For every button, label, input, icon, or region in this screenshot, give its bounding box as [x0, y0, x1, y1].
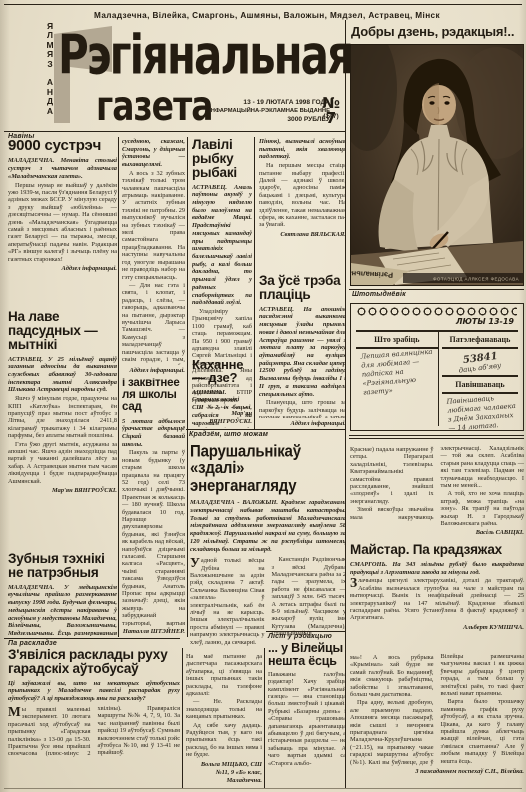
masthead-bottom-rule	[4, 131, 346, 132]
article-factory-thefts-signature: Альберт КУМІШЧА.	[350, 624, 524, 632]
article-where-is-love-lead-cont: Пінюк), вызначылі асноўныя пытанні, якія…	[259, 138, 346, 161]
article-customs-trial-body-2: Гэта ўжо другі мытнік, асуджаны за апошн…	[8, 441, 117, 485]
article-dental-technicians-start: Зубныя тэхнікі не патрэбныя МАЛАДЗЕЧНА. …	[8, 552, 117, 636]
article-vileyka-letter: ... у Вілейцы нешта ёсць Паважаны галоўн…	[268, 642, 346, 788]
masthead-subtitle: газета	[96, 85, 212, 126]
planner-call-column: Патэлефанаваць 53841 даць аб'яву Павінша…	[442, 332, 518, 426]
masthead-title: Рэгіянальная	[58, 28, 352, 83]
article-parking-fees-body: Плануецца, што грошы за паркоўку будуць …	[259, 399, 346, 418]
girl-writing-photo-illustration: Рэгіянальная газета ФОТАЭЦЮД АЛЯКСЕЯ ФЕД…	[351, 45, 523, 285]
weekly-section-rule	[349, 289, 524, 290]
column-divider-4	[182, 648, 183, 788]
article-bus-schedules-body-3: — Не. Расклады знаходзяцца толькі на кан…	[186, 698, 262, 720]
article-energy-theft-continuation: Краснае) падала напружанне ў сетцы. Пера…	[350, 445, 524, 540]
planner-double-rule-1	[349, 435, 524, 436]
bottom-rule	[4, 788, 522, 789]
article-where-is-love-signature: Святлана ВЯЛЬСКАЯ.	[259, 231, 346, 239]
article-bus-schedules-body-1: Мы правялі маленькі эксперымент. 10 люта…	[8, 705, 180, 758]
article-where-is-love-start: Каханне — дзе? АШМЯНЫ. Старшакласнікі СШ…	[192, 358, 252, 428]
photo-credit: ФОТАЭЦЮД АЛЯКСЕЯ ФЕДОСАВА	[433, 277, 519, 282]
article-vileyka-letter-headline: ... у Вілейцы нешта ёсць	[268, 642, 346, 668]
article-bus-schedules-signature: Вольга МІЦЬКО, СШ №11, 9 «Б» клас, Малад…	[186, 761, 262, 785]
article-energy-theft-headline: Парушальнікаў «здалі» энерганагляду	[190, 443, 346, 495]
article-bus-schedules-body-4: Ад сябе хачу дадаць. Радуйцеся тыя, у ка…	[186, 722, 262, 759]
article-energy-theft-cont-columns: Краснае) падала напружанне ў сетцы. Пера…	[350, 445, 524, 527]
planner-todo-note: Лепшая валянцінка для любімага — падпіск…	[356, 343, 441, 398]
planner-period: ЛЮТЫ 13-19	[456, 317, 514, 326]
article-ice-fishing-lead: АСТРАВЕЦ. Амаль паўтоны акунёў у мінулую…	[192, 184, 252, 307]
planner-double-rule-2	[349, 438, 524, 439]
article-school-garden-lead: 5 лютага адбылося ўрачыстае адкрыццё Сіц…	[122, 418, 185, 449]
article-9000-meetings-headline: 9000 сустрэч	[8, 138, 117, 153]
kicker-weekly: Штотыднёвік	[352, 291, 406, 299]
issue-edition-type: ІНФАРМАЦЫЙНА-РЭКЛАМНАЕ ВЫДАННЕ	[198, 107, 330, 115]
article-bus-schedules: З'явіліся расклады руху гарадскіх аўтобу…	[8, 648, 180, 788]
article-bus-schedules-continuation: На маё пытанне да дыспетчара пасажырскаг…	[186, 652, 262, 788]
article-dental-technicians-lead-cont: суседнюю, скажам, Смаргонь, у дзіцячыя ў…	[122, 138, 185, 169]
planner-grid: Што зрабіць Лепшая валянцінка для любіма…	[356, 330, 518, 426]
weekly-planner: ЛЮТЫ 13-19 Што зрабіць Лепшая валянцінка…	[350, 303, 524, 431]
article-9000-meetings-lead: МАЛАДЗЕЧНА. Менавіта столькі сустрэч з ч…	[8, 157, 117, 180]
article-factory-thefts: Майстар. Па крадзяжах СМАРГОНЬ. На 343 м…	[350, 543, 524, 643]
article-9000-meetings: 9000 сустрэч МАЛАДЗЕЧНА. Менавіта стольк…	[8, 138, 117, 308]
article-vileyka-letter-body-1: Паважаны галоўны рэдактар! Хачу зрабіць …	[268, 671, 346, 767]
article-customs-trial-headline: На лаве падсудных — мытнікі	[8, 310, 117, 352]
article-customs-trial-body-1: Яшчэ ў мінулым годзе, працуючы на КПП «К…	[8, 395, 117, 439]
article-where-is-love-headline: Каханне — дзе?	[192, 358, 252, 385]
article-energy-theft-body-columns: У адной толькі вёсцы Дубіна на Валожыншч…	[190, 556, 346, 646]
schedule-section-rule	[4, 638, 180, 639]
article-9000-meetings-body: Першы нумар яе выйшаў у далёкім ужо 1939…	[8, 182, 117, 263]
article-dental-technicians-headline: Зубныя тэхнікі не патрэбныя	[8, 552, 117, 580]
issue-number: № 7	[316, 96, 346, 126]
article-parking-fees: За ўсё трэба плаціць АСТРАВЕЦ. На апошні…	[259, 274, 346, 428]
article-school-garden-signature: Наталля ШТЭЙНЕР.	[122, 628, 185, 636]
article-where-is-love-continuation: Пінюк), вызначылі асноўныя пытанні, якія…	[259, 138, 346, 272]
article-school-garden-body-1: Пакуль за парты ў новым будынку (у стары…	[122, 449, 185, 626]
article-dental-technicians-body-2: — Для нас гэта і свята, і клопат, і рада…	[122, 282, 185, 365]
top-rule	[4, 4, 522, 5]
article-energy-theft-body-2: Канстанцін Радзівончык з вёскі Дубрава М…	[272, 556, 347, 637]
column-divider-2	[187, 137, 188, 637]
article-9000-meetings-signature: Аддзел інфармацыі.	[8, 265, 117, 273]
article-vileyka-letter-continuation: ма»! А вось рубрыка «Крымінал» хай будзе…	[350, 653, 524, 788]
article-bus-schedules-body-2: На маё пытанне да дыспетчара пасажырскаг…	[186, 653, 262, 697]
article-vileyka-letter-signature: З пажаданнем поспехаў С.Н., Вілейка.	[350, 768, 524, 776]
article-bus-schedules-headline: З'явіліся расклады руху гарадскіх аўтобу…	[8, 648, 180, 676]
article-customs-trial-signature: Мар'ян ВЯНГРОЎСКІ.	[8, 487, 117, 495]
spiral-binding-decoration	[357, 307, 517, 316]
article-energy-theft-body-1: У адной толькі вёсцы Дубіна на Валожыншч…	[190, 557, 265, 646]
kicker-schedule: Па раскладзе	[8, 640, 57, 648]
article-dental-technicians-signature: Аддзел інфармацыі.	[122, 367, 185, 375]
article-customs-trial-lead: АСТРАВЕЦ. У 25 мільёнаў ацаніў заганныя …	[8, 356, 117, 395]
article-where-is-love-body: На першым месцы стаіць пытанне выбару пр…	[259, 162, 346, 229]
column-divider-5	[264, 648, 265, 788]
planner-todo-column: Што зрабіць Лепшая валянцінка для любіма…	[356, 332, 439, 426]
article-ice-fishing-headline: Лавілі рыбку рыбакі	[192, 138, 252, 180]
issue-total-number: (147)	[316, 113, 346, 120]
planner-congratulate-note: Павіншаваць любімага чалавека з Днём Зак…	[442, 389, 521, 434]
issue-date: 13 - 19 ЛЮТАГА 1998 ГОДА	[198, 99, 330, 107]
article-factory-thefts-body: Злачынцы цягнулі электрарухавікі, дэталі…	[350, 577, 524, 621]
masthead-cities-line: Маладзечна, Вілейка, Смаргонь, Ашмяны, В…	[62, 11, 472, 20]
masthead-issue-info: 13 - 19 ЛЮТАГА 1998 ГОДА ІНФАРМАЦЫЙНА-РЭ…	[198, 99, 330, 124]
article-parking-fees-signature: Аддзел інфармацыі.	[259, 420, 346, 428]
article-school-garden: і заквітнее ля школы сад 5 лютага адбыло…	[122, 378, 185, 636]
article-energy-theft-cont-3: А той, хто не хоча плаціць штраф, можа т…	[441, 490, 525, 527]
article-energy-theft-lead: МАЛАДЗЕЧНА - ВАЛОЖЫН. Крадзеж гараджанам…	[190, 499, 346, 553]
theft-section-rule	[186, 429, 346, 430]
newspaper-front-page: Маладзечна, Вілейка, Смаргонь, Ашмяны, В…	[0, 0, 526, 792]
article-where-is-love-lead: АШМЯНЫ. Старшакласнікі СШ №2, іх бацькі,…	[192, 389, 252, 428]
photo-feature-headline: Добры дзень, рэдакцыя!..	[351, 25, 523, 39]
article-school-garden-headline: і заквітнее ля школы сад	[122, 378, 185, 414]
article-vileyka-letter-cont-columns: ма»! А вось рубрыка «Крымінал» хай будзе…	[350, 653, 524, 766]
article-energy-theft-cont-1: Краснае) падала напружанне ў сетцы. Пера…	[350, 446, 434, 505]
girl-writing-photo: Рэгіянальная газета ФОТАЭЦЮД АЛЯКСЕЯ ФЕД…	[350, 44, 524, 286]
article-parking-fees-lead: АСТРАВЕЦ. На апошнім пасяджэнні выканком…	[259, 306, 346, 398]
article-dental-technicians-lead: МАЛАДЗЕЧНА. У медыцынскім вучылішчы прай…	[8, 584, 117, 636]
article-vileyka-letter-body-4: Варта было трошачку памяняць графік руху…	[441, 698, 525, 765]
kicker-theft: Крадзём, што можам	[189, 431, 268, 439]
issue-price: 3000 РУБЛЁЎ	[198, 116, 330, 124]
article-bus-schedules-lead: Ці заўважалі вы, што на некаторых аўтобу…	[8, 680, 180, 703]
article-vileyka-letter-body-2: ма»! А вось рубрыка «Крымінал» хай будзе…	[350, 654, 434, 698]
column-divider-3	[254, 137, 255, 429]
article-dental-technicians-continuation: суседнюю, скажам, Смаргонь, у дзіцячыя ў…	[122, 138, 185, 375]
article-factory-thefts-lead: СМАРГОНЬ. На 343 мільёны рублёў было вык…	[350, 561, 524, 576]
article-customs-trial: На лаве падсудных — мытнікі АСТРАВЕЦ. У …	[8, 310, 117, 550]
article-dental-technicians-body-1: А вось з 32 зубных тэхнікаў толькі тром …	[122, 170, 185, 281]
article-energy-theft: Парушальнікаў «здалі» энерганагляду МАЛА…	[190, 443, 346, 648]
article-factory-thefts-headline: Майстар. Па крадзяжах	[350, 543, 524, 557]
article-parking-fees-headline: За ўсё трэба плаціць	[259, 274, 346, 302]
article-bus-schedules-body-columns: Мы правялі маленькі эксперымент. 10 люта…	[8, 705, 180, 758]
article-energy-theft-signature: Васіль САВІЦКІ.	[350, 529, 524, 537]
column-divider-1	[118, 137, 119, 637]
